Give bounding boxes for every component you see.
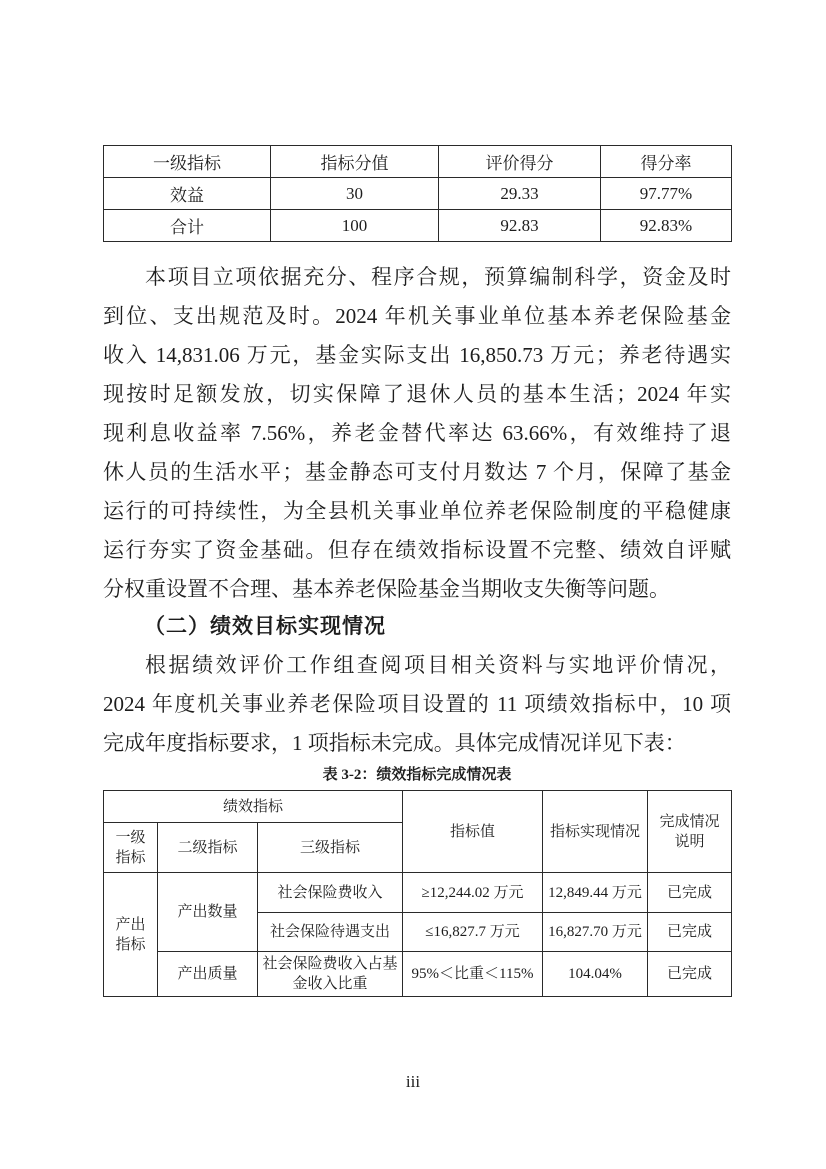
cell-score-rate: 92.83% <box>601 210 732 242</box>
indicator-header-row-1: 绩效指标 指标值 指标实现情况 完成情况说明 <box>104 791 732 823</box>
cell-level1-output-indicator: 产出指标 <box>104 873 158 997</box>
cell-indicator-score: 100 <box>271 210 439 242</box>
header-level1: 一级指标 <box>104 823 158 873</box>
text-line: 完成年度指标要求，1 项指标未完成。具体完成情况详见下表： <box>103 724 731 763</box>
header-completion-status: 完成情况说明 <box>648 791 732 873</box>
text-line: 2024 年度机关事业养老保险项目设置的 11 项绩效指标中，10 项 <box>103 685 731 724</box>
text-line: 根据绩效评价工作组查阅项目相关资料与实地评价情况， <box>103 646 731 685</box>
header-indicator-actual: 指标实现情况 <box>543 791 648 873</box>
page-number: iii <box>0 1072 826 1092</box>
indicator-completion-table: 绩效指标 指标值 指标实现情况 完成情况说明 一级指标 二级指标 三级指标 产出… <box>103 790 732 997</box>
header-performance-indicators: 绩效指标 <box>104 791 403 823</box>
cell-target-value: ≤16,827.7 万元 <box>403 913 543 952</box>
text-line: 现按时足额发放，切实保障了退休人员的基本生活；2024 年实 <box>103 375 731 414</box>
cell-score-rate: 97.77% <box>601 178 732 210</box>
text-line: 运行夯实了资金基础。但存在绩效指标设置不完整、绩效自评赋 <box>103 531 731 570</box>
cell-actual-value: 104.04% <box>543 952 648 997</box>
score-table-header-row: 一级指标 指标分值 评价得分 得分率 <box>104 146 732 178</box>
cell-status: 已完成 <box>648 873 732 913</box>
text-line: 休人员的生活水平；基金静态可支付月数达 7 个月，保障了基金 <box>103 453 731 492</box>
cell-actual-value: 12,849.44 万元 <box>543 873 648 913</box>
table-row: 效益 30 29.33 97.77% <box>104 178 732 210</box>
cell-indicator-score: 30 <box>271 178 439 210</box>
cell-actual-value: 16,827.70 万元 <box>543 913 648 952</box>
text-line: 到位、支出规范及时。2024 年机关事业单位基本养老保险基金 <box>103 297 731 336</box>
header-level1-indicator: 一级指标 <box>104 146 271 178</box>
cell-level3: 社会保险费收入 <box>258 873 403 913</box>
cell-target-value: 95%＜比重＜115% <box>403 952 543 997</box>
cell-evaluation-score: 92.83 <box>439 210 601 242</box>
indicator-row: 产出质量 社会保险费收入占基金收入比重 95%＜比重＜115% 104.04% … <box>104 952 732 997</box>
text-line: 收入 14,831.06 万元，基金实际支出 16,850.73 万元；养老待遇… <box>103 336 731 375</box>
header-indicator-score: 指标分值 <box>271 146 439 178</box>
targets-paragraph: 根据绩效评价工作组查阅项目相关资料与实地评价情况， 2024 年度机关事业养老保… <box>103 646 731 763</box>
table-row: 合计 100 92.83 92.83% <box>104 210 732 242</box>
cell-status: 已完成 <box>648 952 732 997</box>
cell-level3: 社会保险待遇支出 <box>258 913 403 952</box>
header-evaluation-score: 评价得分 <box>439 146 601 178</box>
header-level1-text: 一级指标 <box>111 828 151 868</box>
summary-paragraph: 本项目立项依据充分、程序合规，预算编制科学，资金及时 到位、支出规范及时。202… <box>103 258 731 609</box>
cell-target-value: ≥12,244.02 万元 <box>403 873 543 913</box>
cell-evaluation-score: 29.33 <box>439 178 601 210</box>
section-heading: （二）绩效目标实现情况 <box>103 606 731 646</box>
header-completion-status-text: 完成情况说明 <box>659 812 721 852</box>
text-line: 现利息收益率 7.56%，养老金替代率达 63.66%，有效维持了退 <box>103 414 731 453</box>
score-summary-table: 一级指标 指标分值 评价得分 得分率 效益 30 29.33 97.77% 合计… <box>103 145 732 242</box>
cell-status: 已完成 <box>648 913 732 952</box>
cell-indicator-name: 合计 <box>104 210 271 242</box>
header-indicator-value: 指标值 <box>403 791 543 873</box>
cell-indicator-name: 效益 <box>104 178 271 210</box>
header-score-rate: 得分率 <box>601 146 732 178</box>
cell-level2-output-quality: 产出质量 <box>158 952 258 997</box>
cell-level1-text: 产出指标 <box>111 915 151 955</box>
text-line: 分权重设置不合理、基本养老保险基金当期收支失衡等问题。 <box>103 570 731 609</box>
header-level3: 三级指标 <box>258 823 403 873</box>
text-line: 运行的可持续性，为全县机关事业单位养老保险制度的平稳健康 <box>103 492 731 531</box>
text-line: 本项目立项依据充分、程序合规，预算编制科学，资金及时 <box>103 258 731 297</box>
cell-level2-output-quantity: 产出数量 <box>158 873 258 952</box>
header-level2: 二级指标 <box>158 823 258 873</box>
cell-level3: 社会保险费收入占基金收入比重 <box>258 952 403 997</box>
table-caption: 表 3-2：绩效指标完成情况表 <box>103 763 731 787</box>
document-page: 一级指标 指标分值 评价得分 得分率 效益 30 29.33 97.77% 合计… <box>0 0 826 1169</box>
indicator-row: 产出指标 产出数量 社会保险费收入 ≥12,244.02 万元 12,849.4… <box>104 873 732 913</box>
